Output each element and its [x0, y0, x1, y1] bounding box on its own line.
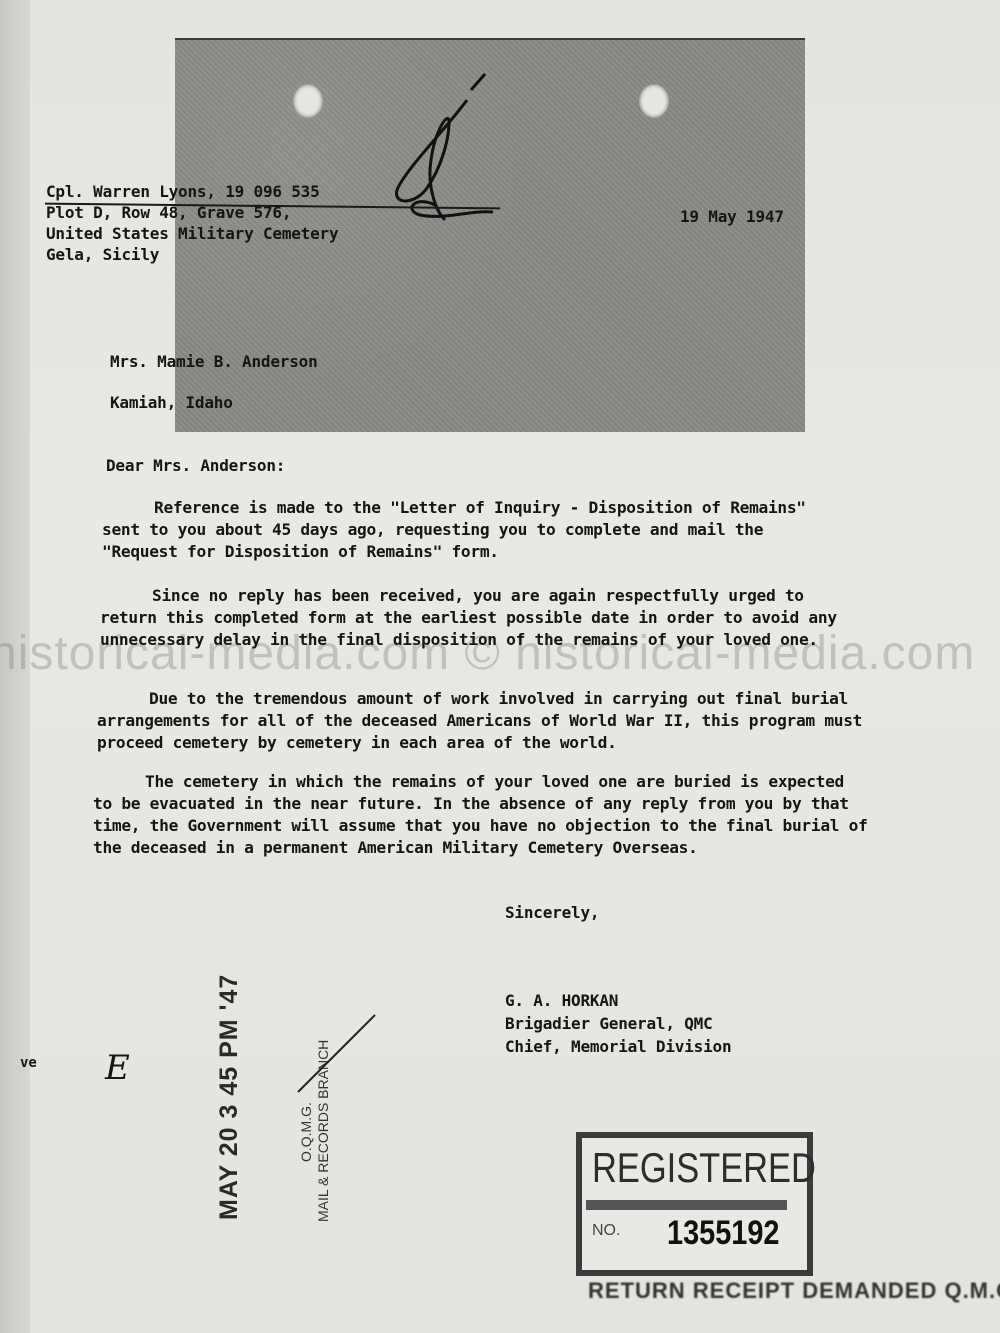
recipient-name: Mrs. Mamie B. Anderson — [110, 351, 318, 372]
return-receipt-stamp: RETURN RECEIPT DEMANDED Q.M.G. — [588, 1278, 1000, 1304]
letter-date: 19 May 1947 — [680, 206, 784, 227]
registered-number: 1355192 — [667, 1214, 780, 1253]
signer-title: Chief, Memorial Division — [505, 1036, 731, 1057]
registered-no-label: NO. — [592, 1222, 620, 1240]
registered-label: REGISTERED — [592, 1144, 816, 1192]
paragraph-4: The cemetery in which the remains of you… — [93, 771, 869, 859]
subject-line-3: United States Military Cemetery — [46, 223, 338, 244]
recipient-location: Kamiah, Idaho — [110, 392, 233, 413]
punch-hole — [639, 84, 669, 118]
paragraph-1: Reference is made to the "Letter of Inqu… — [102, 497, 814, 563]
closing: Sincerely, — [505, 902, 599, 923]
paragraph-3: Due to the tremendous amount of work inv… — [97, 688, 865, 754]
punch-hole — [293, 84, 323, 118]
handwritten-initial: E — [105, 1048, 130, 1088]
subject-line-1: Cpl. Warren Lyons, 19 096 535 — [46, 181, 320, 202]
salutation: Dear Mrs. Anderson: — [106, 455, 285, 476]
stamp-bar — [586, 1200, 787, 1210]
signer-name: G. A. HORKAN — [505, 990, 618, 1011]
typist-initials: ve — [20, 1055, 37, 1071]
pen-stroke-icon — [290, 1010, 380, 1100]
registered-stamp: REGISTERED NO. 1355192 — [576, 1132, 813, 1276]
paragraph-2: Since no reply has been received, you ar… — [100, 585, 846, 651]
subject-line-4: Gela, Sicily — [46, 244, 159, 265]
received-date-stamp: MAY 20 3 45 PM '47 — [215, 974, 244, 1220]
signer-rank: Brigadier General, QMC — [505, 1013, 713, 1034]
